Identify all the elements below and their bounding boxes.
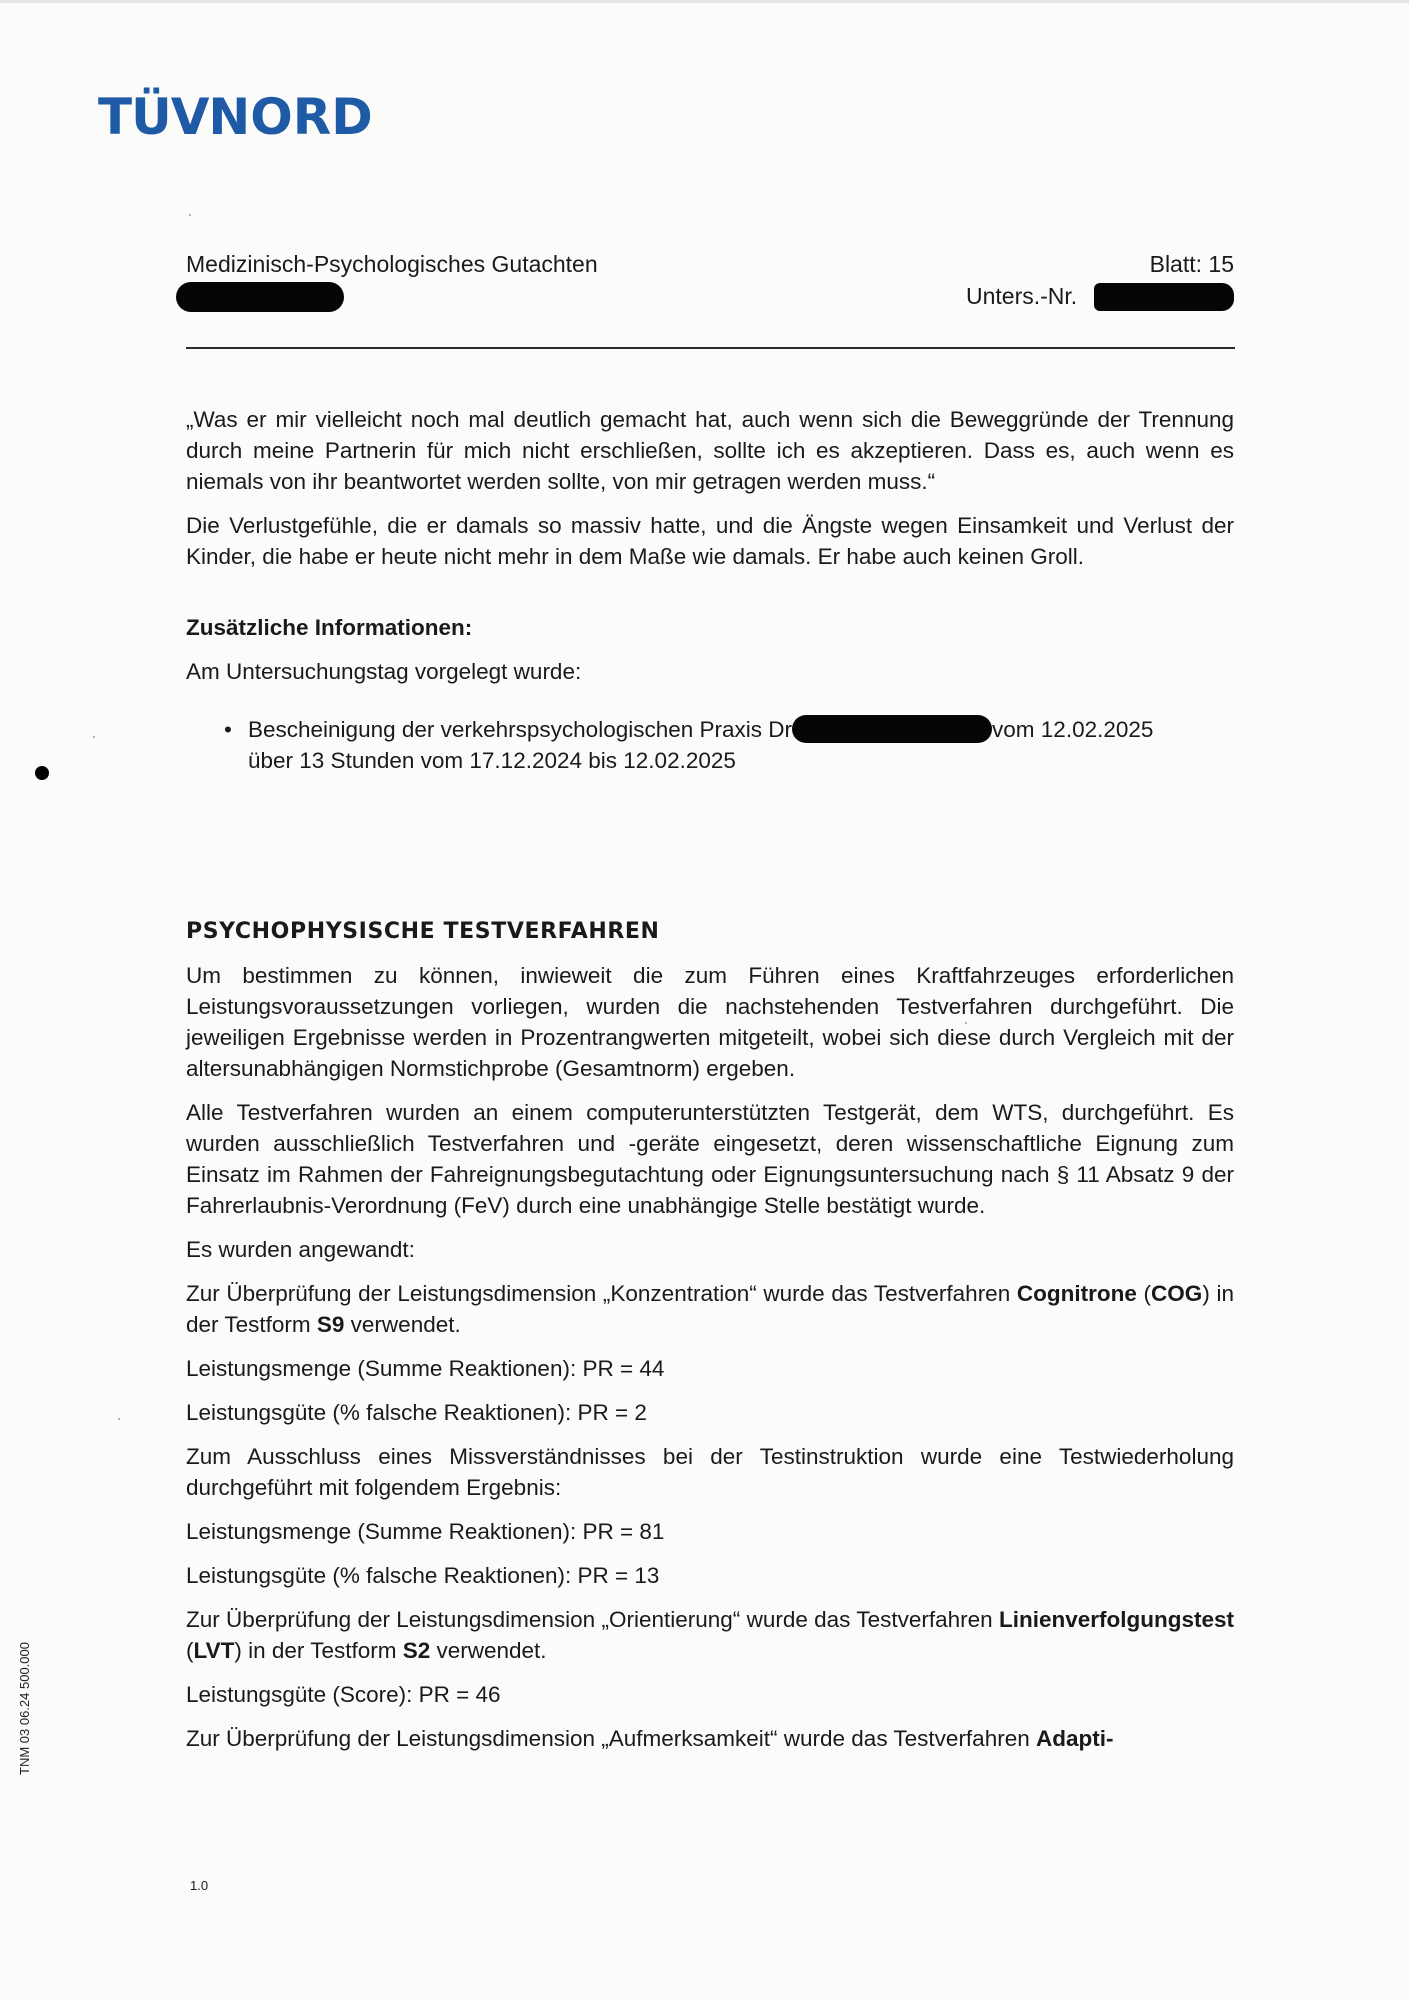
form-code-vertical: TNM 03 06.24 500.000 [17, 1642, 32, 1775]
cog-repeat-result-quantity: Leistungsmenge (Summe Reaktionen): PR = … [186, 1516, 1234, 1547]
item-text-after: vom 12.02.2025 [992, 717, 1153, 742]
test-abbrev: LVT [194, 1638, 235, 1663]
cog-repeat-result-quality: Leistungsgüte (% falsche Reaktionen): PR… [186, 1560, 1234, 1591]
attention-description: Zur Überprüfung der Leistungsdimension „… [186, 1723, 1234, 1754]
additional-info-intro: Am Untersuchungstag vorgelegt wurde: [186, 656, 1234, 687]
exam-number-label: Unters.-Nr. [966, 283, 1077, 310]
psychophysical-heading: PSYCHOPHYSISCHE TESTVERFAHREN [186, 916, 1234, 947]
lvt-description: Zur Überprüfung der Leistungsdimension „… [186, 1604, 1234, 1666]
form-version: 1.0 [190, 1878, 208, 1893]
item-text-continuation: über 13 Stunden vom 17.12.2024 bis 12.02… [248, 748, 736, 773]
document-title: Medizinisch-Psychologisches Gutachten [186, 251, 598, 278]
logo-part-nord: NORD [208, 88, 372, 146]
additional-info-heading: Zusätzliche Informationen: [186, 612, 1234, 643]
lvt-result-quality: Leistungsgüte (Score): PR = 46 [186, 1679, 1234, 1710]
scan-speck [93, 736, 95, 738]
test-name: Linienverfolgungstest [999, 1607, 1234, 1632]
scan-speck [965, 1022, 967, 1024]
scan-top-edge [0, 0, 1409, 3]
redacted-name [176, 282, 344, 312]
test-name: Adapti- [1036, 1726, 1114, 1751]
cog-description: Zur Überprüfung der Leistungsdimension „… [186, 1278, 1234, 1340]
redacted-practice-name [792, 715, 992, 743]
text-run: verwendet. [430, 1638, 546, 1663]
test-abbrev: COG [1151, 1281, 1202, 1306]
redacted-exam-number [1094, 283, 1234, 311]
tuv-nord-logo: TÜVNORD [98, 88, 373, 146]
text-run: Zur Überprüfung der Leistungsdimension „… [186, 1726, 1036, 1751]
sheet-number: Blatt: 15 [1150, 251, 1234, 278]
text-run: verwendet. [344, 1312, 460, 1337]
text-run: ( [1137, 1281, 1151, 1306]
device-paragraph: Alle Testverfahren wurden an einem compu… [186, 1097, 1234, 1221]
applied-label: Es wurden angewandt: [186, 1234, 1234, 1265]
scan-punch-mark [35, 766, 49, 780]
list-item: • Bescheinigung der verkehrspsychologisc… [248, 714, 1234, 776]
cog-result-quantity: Leistungsmenge (Summe Reaktionen): PR = … [186, 1353, 1234, 1384]
psychophysical-intro: Um bestimmen zu können, inwieweit die zu… [186, 960, 1234, 1084]
logo-part-tuv: TÜV [98, 88, 208, 146]
item-text-before: Bescheinigung der verkehrspsychologische… [248, 717, 792, 742]
test-name: Cognitrone [1017, 1281, 1137, 1306]
document-body: „Was er mir vielleicht noch mal deutlich… [186, 404, 1234, 1754]
submitted-documents-list: • Bescheinigung der verkehrspsychologisc… [186, 714, 1234, 776]
loss-paragraph: Die Verlustgefühle, die er damals so mas… [186, 510, 1234, 572]
cog-result-quality: Leistungsgüte (% falsche Reaktionen): PR… [186, 1397, 1234, 1428]
scan-speck [189, 214, 191, 216]
quote-paragraph: „Was er mir vielleicht noch mal deutlich… [186, 404, 1234, 497]
text-run: Zur Überprüfung der Leistungsdimension „… [186, 1607, 999, 1632]
cog-repeat-note: Zum Ausschluss eines Missverständnisses … [186, 1441, 1234, 1503]
scan-speck [118, 1418, 120, 1420]
bullet-icon: • [224, 714, 232, 745]
test-form: S2 [403, 1638, 431, 1663]
text-run: ( [186, 1638, 194, 1663]
text-run: ) in der Testform [234, 1638, 402, 1663]
text-run: Zur Überprüfung der Leistungsdimension „… [186, 1281, 1017, 1306]
header-divider [186, 347, 1235, 349]
test-form: S9 [317, 1312, 345, 1337]
